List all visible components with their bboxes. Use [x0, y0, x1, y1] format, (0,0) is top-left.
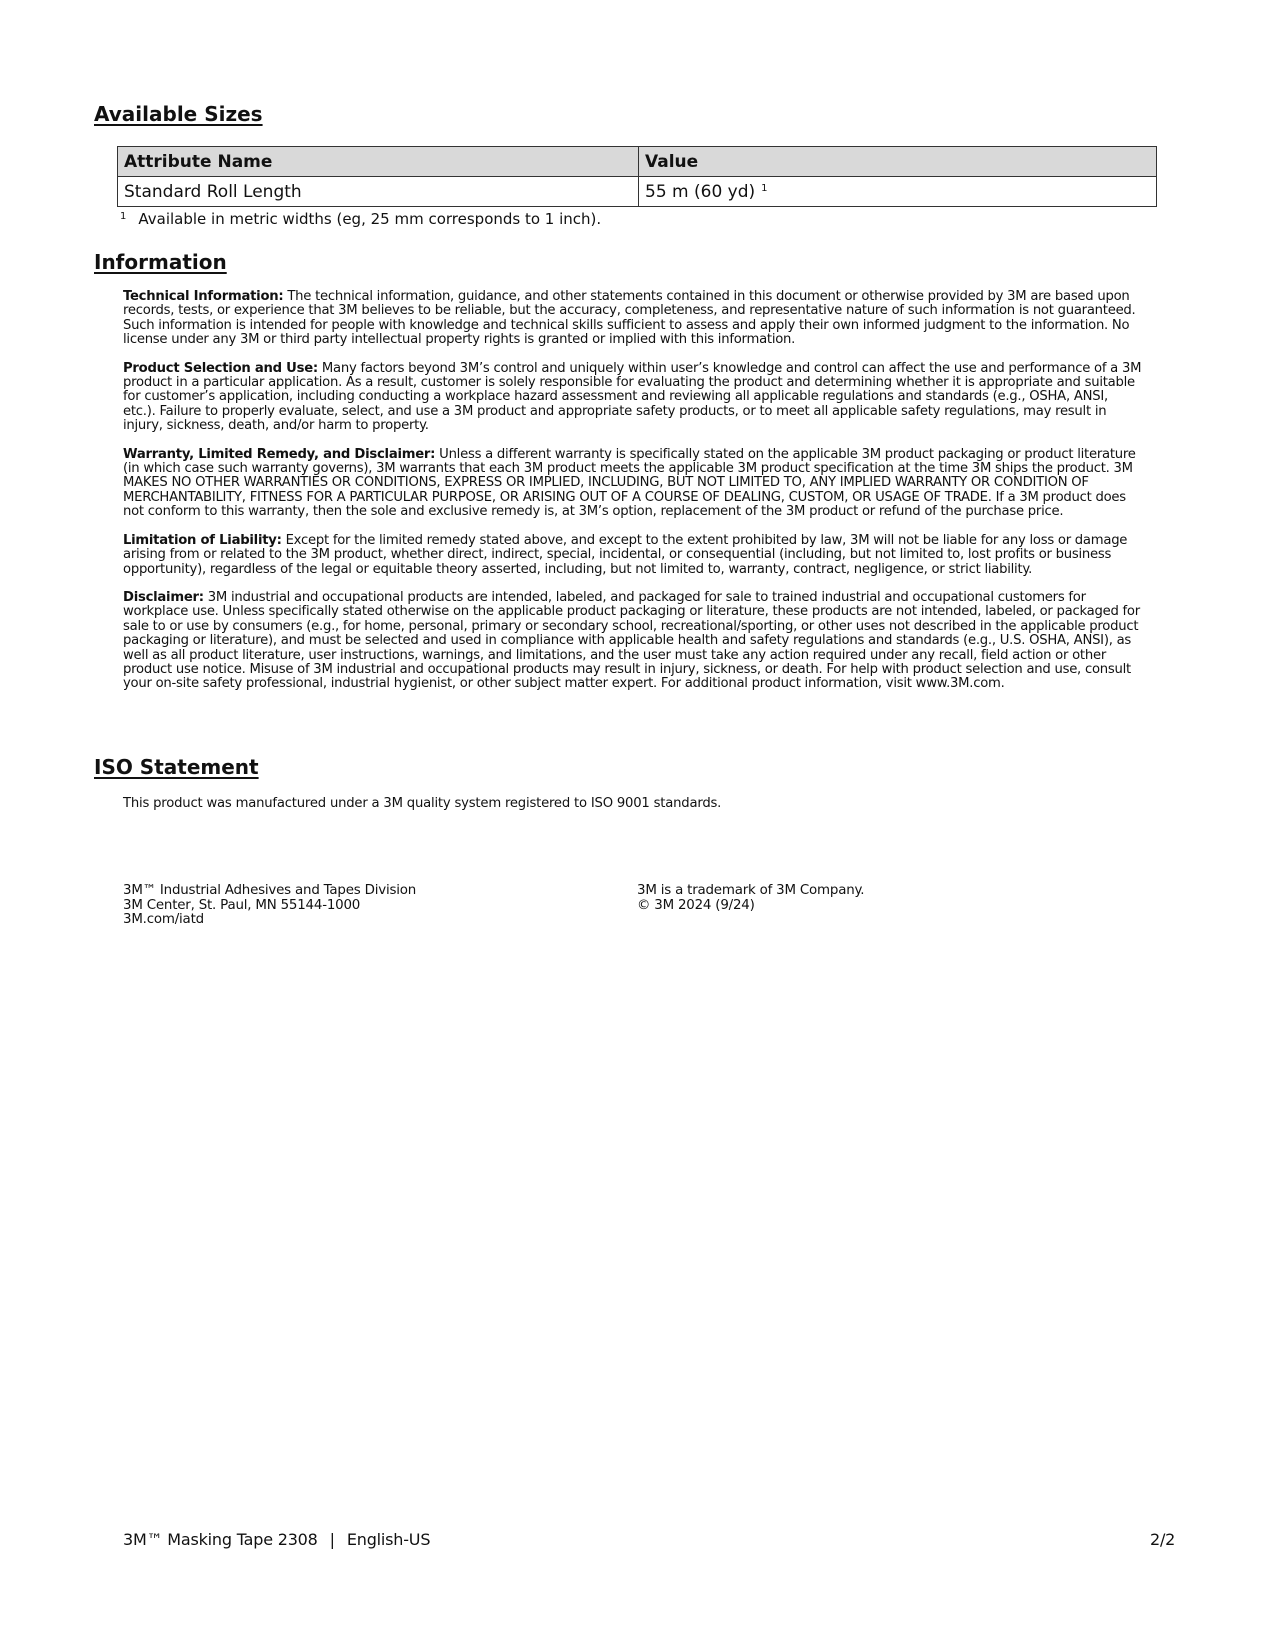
available-sizes-table: Attribute Name Value Standard Roll Lengt… — [117, 146, 1157, 207]
section-heading-information: Information — [94, 250, 227, 274]
street-address: 3M Center, St. Paul, MN 55144-1000 — [123, 899, 416, 914]
paragraph-warranty: Warranty, Limited Remedy, and Disclaimer… — [123, 448, 1143, 520]
division-name: 3M™ Industrial Adhesives and Tapes Divis… — [123, 884, 416, 899]
table-footnote: 1Available in metric widths (eg, 25 mm c… — [120, 210, 601, 228]
paragraph-label: Disclaimer: — [123, 590, 204, 605]
trademark-text: 3M is a trademark of 3M Company. — [637, 884, 864, 899]
footnote-mark: 1 — [120, 211, 126, 222]
column-header-attribute-name: Attribute Name — [118, 147, 639, 177]
section-heading-iso-statement: ISO Statement — [94, 755, 259, 779]
attribute-cell: Standard Roll Length — [118, 177, 639, 207]
paragraph-limitation-of-liability: Limitation of Liability: Except for the … — [123, 534, 1143, 577]
copyright-text: © 3M 2024 (9/24) — [637, 899, 864, 914]
division-website: 3M.com/iatd — [123, 913, 416, 928]
footnote-text: Available in metric widths (eg, 25 mm co… — [138, 210, 601, 228]
section-heading-available-sizes: Available Sizes — [94, 102, 263, 126]
footnote-reference: 1 — [761, 183, 767, 194]
paragraph-product-selection: Product Selection and Use: Many factors … — [123, 362, 1143, 434]
trademark-notice: 3M is a trademark of 3M Company. © 3M 20… — [637, 884, 864, 913]
paragraph-text: 3M industrial and occupational products … — [123, 590, 1140, 691]
paragraph-label: Technical Information: — [123, 289, 283, 304]
paragraph-disclaimer: Disclaimer: 3M industrial and occupation… — [123, 591, 1143, 692]
value-text: 55 m (60 yd) — [645, 182, 755, 202]
table-header-row: Attribute Name Value — [118, 147, 1157, 177]
table-row: Standard Roll Length 55 m (60 yd)1 — [118, 177, 1157, 207]
page-number: 2/2 — [1150, 1530, 1175, 1549]
paragraph-label: Warranty, Limited Remedy, and Disclaimer… — [123, 447, 435, 462]
information-paragraphs: Technical Information: The technical inf… — [123, 290, 1143, 706]
page-footer: 3M™ Masking Tape 2308|English-US — [123, 1530, 430, 1549]
column-header-value: Value — [639, 147, 1157, 177]
paragraph-technical-information: Technical Information: The technical inf… — [123, 290, 1143, 348]
paragraph-label: Product Selection and Use: — [123, 361, 318, 376]
footer-separator: | — [330, 1530, 335, 1549]
footer-product-name: 3M™ Masking Tape 2308 — [123, 1530, 318, 1549]
division-address: 3M™ Industrial Adhesives and Tapes Divis… — [123, 884, 416, 928]
value-cell: 55 m (60 yd)1 — [639, 177, 1157, 207]
footer-language: English-US — [347, 1530, 430, 1549]
paragraph-label: Limitation of Liability: — [123, 533, 282, 548]
iso-statement-text: This product was manufactured under a 3M… — [123, 796, 721, 811]
